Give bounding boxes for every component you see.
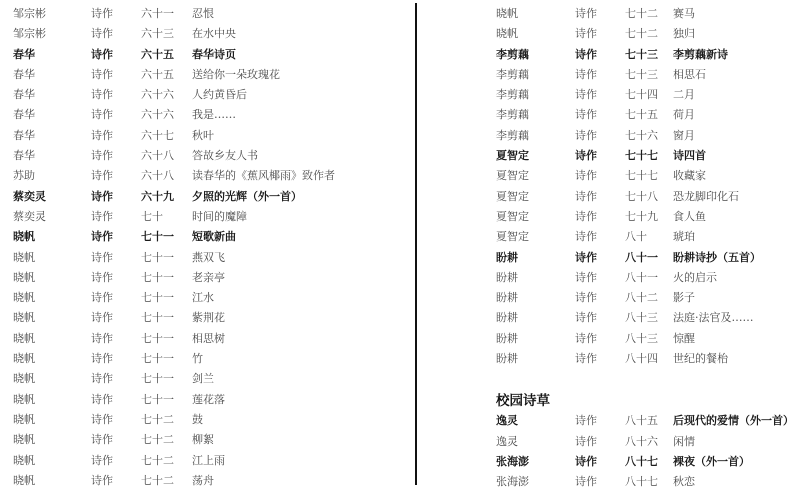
entry-title: 独归: [673, 24, 695, 44]
table-row: 张海澎 诗作 八十七 裸夜（外一首）: [420, 452, 800, 472]
author-name: 晓帆: [13, 329, 35, 349]
entry-type: 诗作: [91, 369, 113, 389]
author-name: 盼耕: [496, 268, 518, 288]
table-row: 晓帆 诗作 七十二 鼓: [0, 410, 410, 430]
entry-type: 诗作: [91, 24, 113, 44]
entry-type: 诗作: [91, 349, 113, 369]
page-number: 七十一: [141, 390, 174, 410]
table-row: 蔡奕灵 诗作 六十九 夕照的光辉（外一首）: [0, 187, 410, 207]
author-name: 晓帆: [13, 268, 35, 288]
entry-title: 忍恨: [192, 4, 214, 24]
table-row: 晓帆 诗作 七十一 莲花落: [0, 390, 410, 410]
author-name: 李剪藕: [496, 126, 529, 146]
table-row: 晓帆 诗作 七十二 独归: [420, 24, 800, 44]
table-row: 邹宗彬 诗作 六十三 在水中央: [0, 24, 410, 44]
entry-title: 春华诗页: [192, 45, 236, 65]
entry-type: 诗作: [91, 227, 113, 247]
table-row: 夏智定 诗作 七十七 诗四首: [420, 146, 800, 166]
author-name: 盼耕: [496, 288, 518, 308]
page-number: 七十二: [141, 451, 174, 471]
author-name: 张海澎: [496, 452, 529, 472]
entry-type: 诗作: [91, 126, 113, 146]
table-row: 李剪藕 诗作 七十五 荷月: [420, 105, 800, 125]
entry-type: 诗作: [575, 472, 597, 492]
entry-type: 诗作: [575, 146, 597, 166]
table-row: 春华 诗作 六十六 人约黄昏后: [0, 85, 410, 105]
table-row: 晓帆 诗作 七十一 江水: [0, 288, 410, 308]
page-number: 六十五: [141, 45, 174, 65]
page-number: 六十五: [141, 65, 174, 85]
author-name: 晓帆: [13, 471, 35, 491]
entry-title: 相思树: [192, 329, 225, 349]
table-row: 晓帆 诗作 七十一 紫荆花: [0, 308, 410, 328]
entry-type: 诗作: [575, 288, 597, 308]
entry-title: 短歌新曲: [192, 227, 236, 247]
entry-type: 诗作: [575, 432, 597, 452]
entry-type: 诗作: [575, 24, 597, 44]
entry-title: 竹: [192, 349, 203, 369]
entry-type: 诗作: [575, 452, 597, 472]
entry-type: 诗作: [575, 411, 597, 431]
table-row: 逸灵 诗作 八十五 后现代的爱情（外一首）: [420, 411, 800, 431]
page-number: 七十一: [141, 349, 174, 369]
entry-type: 诗作: [575, 227, 597, 247]
page-number: 六十八: [141, 146, 174, 166]
entry-type: 诗作: [91, 85, 113, 105]
page-number: 七十一: [141, 329, 174, 349]
entry-title: 老亲亭: [192, 268, 225, 288]
page-number: 八十五: [625, 411, 658, 431]
table-row: 春华 诗作 六十八 答故乡友人书: [0, 146, 410, 166]
author-name: 春华: [13, 146, 35, 166]
entry-type: 诗作: [91, 451, 113, 471]
table-row: 晓帆 诗作 七十一 相思树: [0, 329, 410, 349]
entry-title: 剑兰: [192, 369, 214, 389]
entry-type: 诗作: [91, 166, 113, 186]
author-name: 晓帆: [13, 430, 35, 450]
table-row: 晓帆 诗作 七十一 短歌新曲: [0, 227, 410, 247]
table-row: 盼耕 诗作 八十一 火的启示: [420, 268, 800, 288]
entry-title: 诗四首: [673, 146, 706, 166]
table-row: 晓帆 诗作 七十一 老亲亭: [0, 268, 410, 288]
author-name: 夏智定: [496, 146, 529, 166]
entry-title: 紫荆花: [192, 308, 225, 328]
table-row: 晓帆 诗作 七十二 赛马: [420, 4, 800, 24]
author-name: 李剪藕: [496, 85, 529, 105]
author-name: 晓帆: [496, 4, 518, 24]
author-name: 晓帆: [496, 24, 518, 44]
page-number: 八十一: [625, 268, 658, 288]
entry-title: 相思石: [673, 65, 706, 85]
entry-type: 诗作: [91, 268, 113, 288]
entry-type: 诗作: [91, 390, 113, 410]
entry-title: 柳絮: [192, 430, 214, 450]
entry-type: 诗作: [91, 471, 113, 491]
entry-title: 惊醒: [673, 329, 695, 349]
page-number: 七十一: [141, 288, 174, 308]
author-name: 李剪藕: [496, 45, 529, 65]
entry-title: 燕双飞: [192, 248, 225, 268]
table-row: 夏智定 诗作 七十九 食人鱼: [420, 207, 800, 227]
author-name: 逸灵: [496, 411, 518, 431]
author-name: 春华: [13, 126, 35, 146]
entry-title: 恐龙脚印化石: [673, 187, 739, 207]
author-name: 李剪藕: [496, 105, 529, 125]
page-number: 八十二: [625, 288, 658, 308]
entry-title: 荡舟: [192, 471, 214, 491]
page-number: 七十二: [141, 410, 174, 430]
entry-type: 诗作: [91, 248, 113, 268]
author-name: 晓帆: [13, 410, 35, 430]
entry-type: 诗作: [91, 105, 113, 125]
author-name: 蔡奕灵: [13, 187, 46, 207]
entry-type: 诗作: [575, 105, 597, 125]
entry-title: 窗月: [673, 126, 695, 146]
author-name: 夏智定: [496, 227, 529, 247]
table-row: 李剪藕 诗作 七十三 相思石: [420, 65, 800, 85]
entry-title: 荷月: [673, 105, 695, 125]
entry-type: 诗作: [91, 288, 113, 308]
entry-title: 读春华的《蕉风椰雨》致作者: [192, 166, 335, 186]
entry-title: 鼓: [192, 410, 203, 430]
entry-title: 裸夜（外一首）: [673, 452, 750, 472]
table-row: 春华 诗作 六十六 我是……: [0, 105, 410, 125]
entry-title: 送给你一朵玫瑰花: [192, 65, 280, 85]
page-number: 八十: [625, 227, 647, 247]
page-number: 七十一: [141, 308, 174, 328]
entry-type: 诗作: [575, 268, 597, 288]
page-number: 七十七: [625, 166, 658, 186]
entry-title: 影子: [673, 288, 695, 308]
table-row: 晓帆 诗作 七十二 柳絮: [0, 430, 410, 450]
entry-title: 世纪的餐枱: [673, 349, 728, 369]
author-name: 晓帆: [13, 227, 35, 247]
entry-type: 诗作: [575, 85, 597, 105]
entry-type: 诗作: [91, 308, 113, 328]
entry-title: 琥珀: [673, 227, 695, 247]
table-row: 夏智定 诗作 七十七 收藏家: [420, 166, 800, 186]
page-number: 六十六: [141, 105, 174, 125]
section-title: 校园诗草: [496, 389, 550, 409]
page-number: 八十三: [625, 308, 658, 328]
table-row: 晓帆 诗作 七十二 江上雨: [0, 451, 410, 471]
entry-title: 食人鱼: [673, 207, 706, 227]
author-name: 盼耕: [496, 308, 518, 328]
table-row: 邹宗彬 诗作 六十一 忍恨: [0, 4, 410, 24]
page-number: 七十七: [625, 146, 658, 166]
page-number: 七十五: [625, 105, 658, 125]
entry-title: 江水: [192, 288, 214, 308]
author-name: 晓帆: [13, 288, 35, 308]
entry-title: 闲情: [673, 432, 695, 452]
table-row: 盼耕 诗作 八十三 惊醒: [420, 329, 800, 349]
right-column: 晓帆 诗作 七十二 赛马 晓帆 诗作 七十二 独归 李剪藕 诗作 七十三 李剪藕…: [420, 4, 800, 493]
page-number: 八十四: [625, 349, 658, 369]
entry-title: 在水中央: [192, 24, 236, 44]
author-name: 夏智定: [496, 207, 529, 227]
entry-type: 诗作: [575, 45, 597, 65]
author-name: 夏智定: [496, 166, 529, 186]
author-name: 夏智定: [496, 187, 529, 207]
page-number: 七十九: [625, 207, 658, 227]
page-number: 七十二: [141, 471, 174, 491]
author-name: 盼耕: [496, 329, 518, 349]
table-row: 逸灵 诗作 八十六 闲情: [420, 432, 800, 452]
table-row: 晓帆 诗作 七十二 荡舟: [0, 471, 410, 491]
page-number: 六十七: [141, 126, 174, 146]
entry-title: 时间的魔障: [192, 207, 247, 227]
section-heading-row: 校园诗草: [420, 387, 800, 411]
page-number: 七十: [141, 207, 163, 227]
entry-title: 江上雨: [192, 451, 225, 471]
page-number: 七十一: [141, 268, 174, 288]
column-divider: [415, 3, 417, 485]
page-number: 七十二: [625, 4, 658, 24]
page-number: 七十六: [625, 126, 658, 146]
table-row: 苏助 诗作 六十八 读春华的《蕉风椰雨》致作者: [0, 166, 410, 186]
author-name: 春华: [13, 85, 35, 105]
entry-type: 诗作: [575, 166, 597, 186]
entry-type: 诗作: [575, 187, 597, 207]
left-column: 邹宗彬 诗作 六十一 忍恨 邹宗彬 诗作 六十三 在水中央 春华 诗作 六十五 …: [0, 4, 410, 491]
author-name: 苏助: [13, 166, 35, 186]
entry-type: 诗作: [91, 146, 113, 166]
table-row: 盼耕 诗作 八十一 盼耕诗抄（五首）: [420, 248, 800, 268]
entry-title: 人约黄昏后: [192, 85, 247, 105]
author-name: 晓帆: [13, 369, 35, 389]
page-number: 七十四: [625, 85, 658, 105]
page-number: 七十一: [141, 248, 174, 268]
entry-type: 诗作: [575, 308, 597, 328]
table-row: 盼耕 诗作 八十四 世纪的餐枱: [420, 349, 800, 369]
page-number: 八十七: [625, 472, 658, 492]
section-spacer: [420, 369, 800, 387]
author-name: 春华: [13, 45, 35, 65]
entry-title: 盼耕诗抄（五首）: [673, 248, 761, 268]
table-row: 晓帆 诗作 七十一 燕双飞: [0, 248, 410, 268]
page-number: 六十一: [141, 4, 174, 24]
author-name: 邹宗彬: [13, 4, 46, 24]
entry-type: 诗作: [575, 126, 597, 146]
author-name: 春华: [13, 105, 35, 125]
author-name: 张海澎: [496, 472, 529, 492]
entry-type: 诗作: [91, 187, 113, 207]
entry-title: 火的启示: [673, 268, 717, 288]
entry-title: 后现代的爱情（外一首）: [673, 411, 794, 431]
table-row: 春华 诗作 六十五 送给你一朵玫瑰花: [0, 65, 410, 85]
page-number: 八十七: [625, 452, 658, 472]
table-row: 蔡奕灵 诗作 七十 时间的魔障: [0, 207, 410, 227]
entry-type: 诗作: [575, 248, 597, 268]
table-row: 春华 诗作 六十七 秋叶: [0, 126, 410, 146]
entry-type: 诗作: [91, 45, 113, 65]
author-name: 晓帆: [13, 349, 35, 369]
entry-type: 诗作: [575, 207, 597, 227]
page-number: 七十八: [625, 187, 658, 207]
entry-title: 秋叶: [192, 126, 214, 146]
entry-type: 诗作: [91, 410, 113, 430]
page-number: 七十三: [625, 65, 658, 85]
entry-title: 李剪藕新诗: [673, 45, 728, 65]
entry-title: 法庭·法官及……: [673, 308, 754, 328]
author-name: 晓帆: [13, 308, 35, 328]
author-name: 盼耕: [496, 349, 518, 369]
entry-type: 诗作: [575, 349, 597, 369]
page-number: 七十一: [141, 369, 174, 389]
entry-title: 二月: [673, 85, 695, 105]
entry-type: 诗作: [575, 329, 597, 349]
author-name: 晓帆: [13, 248, 35, 268]
entry-type: 诗作: [575, 65, 597, 85]
entry-type: 诗作: [91, 207, 113, 227]
entry-title: 夕照的光辉（外一首）: [192, 187, 302, 207]
entry-title: 我是……: [192, 105, 236, 125]
page-number: 七十三: [625, 45, 658, 65]
page-number: 七十二: [141, 430, 174, 450]
author-name: 晓帆: [13, 451, 35, 471]
page-number: 六十三: [141, 24, 174, 44]
page-number: 八十一: [625, 248, 658, 268]
table-row: 盼耕 诗作 八十三 法庭·法官及……: [420, 308, 800, 328]
entry-type: 诗作: [91, 430, 113, 450]
author-name: 春华: [13, 65, 35, 85]
table-row: 李剪藕 诗作 七十三 李剪藕新诗: [420, 45, 800, 65]
page-number: 六十九: [141, 187, 174, 207]
table-row: 李剪藕 诗作 七十六 窗月: [420, 126, 800, 146]
table-row: 春华 诗作 六十五 春华诗页: [0, 45, 410, 65]
entry-title: 莲花落: [192, 390, 225, 410]
author-name: 盼耕: [496, 248, 518, 268]
entry-title: 秋恋: [673, 472, 695, 492]
page-number: 七十二: [625, 24, 658, 44]
entry-title: 赛马: [673, 4, 695, 24]
entry-type: 诗作: [91, 65, 113, 85]
entry-title: 答故乡友人书: [192, 146, 258, 166]
entry-type: 诗作: [575, 4, 597, 24]
author-name: 逸灵: [496, 432, 518, 452]
page-number: 六十六: [141, 85, 174, 105]
page-number: 八十三: [625, 329, 658, 349]
page-number: 六十八: [141, 166, 174, 186]
table-row: 夏智定 诗作 七十八 恐龙脚印化石: [420, 187, 800, 207]
table-row: 盼耕 诗作 八十二 影子: [420, 288, 800, 308]
table-row: 夏智定 诗作 八十 琥珀: [420, 227, 800, 247]
page-number: 七十一: [141, 227, 174, 247]
table-row: 张海澎 诗作 八十七 秋恋: [420, 472, 800, 492]
author-name: 蔡奕灵: [13, 207, 46, 227]
entry-type: 诗作: [91, 4, 113, 24]
author-name: 邹宗彬: [13, 24, 46, 44]
table-row: 李剪藕 诗作 七十四 二月: [420, 85, 800, 105]
table-row: 晓帆 诗作 七十一 竹: [0, 349, 410, 369]
entry-title: 收藏家: [673, 166, 706, 186]
table-row: 晓帆 诗作 七十一 剑兰: [0, 369, 410, 389]
author-name: 晓帆: [13, 390, 35, 410]
entry-type: 诗作: [91, 329, 113, 349]
author-name: 李剪藕: [496, 65, 529, 85]
page-number: 八十六: [625, 432, 658, 452]
